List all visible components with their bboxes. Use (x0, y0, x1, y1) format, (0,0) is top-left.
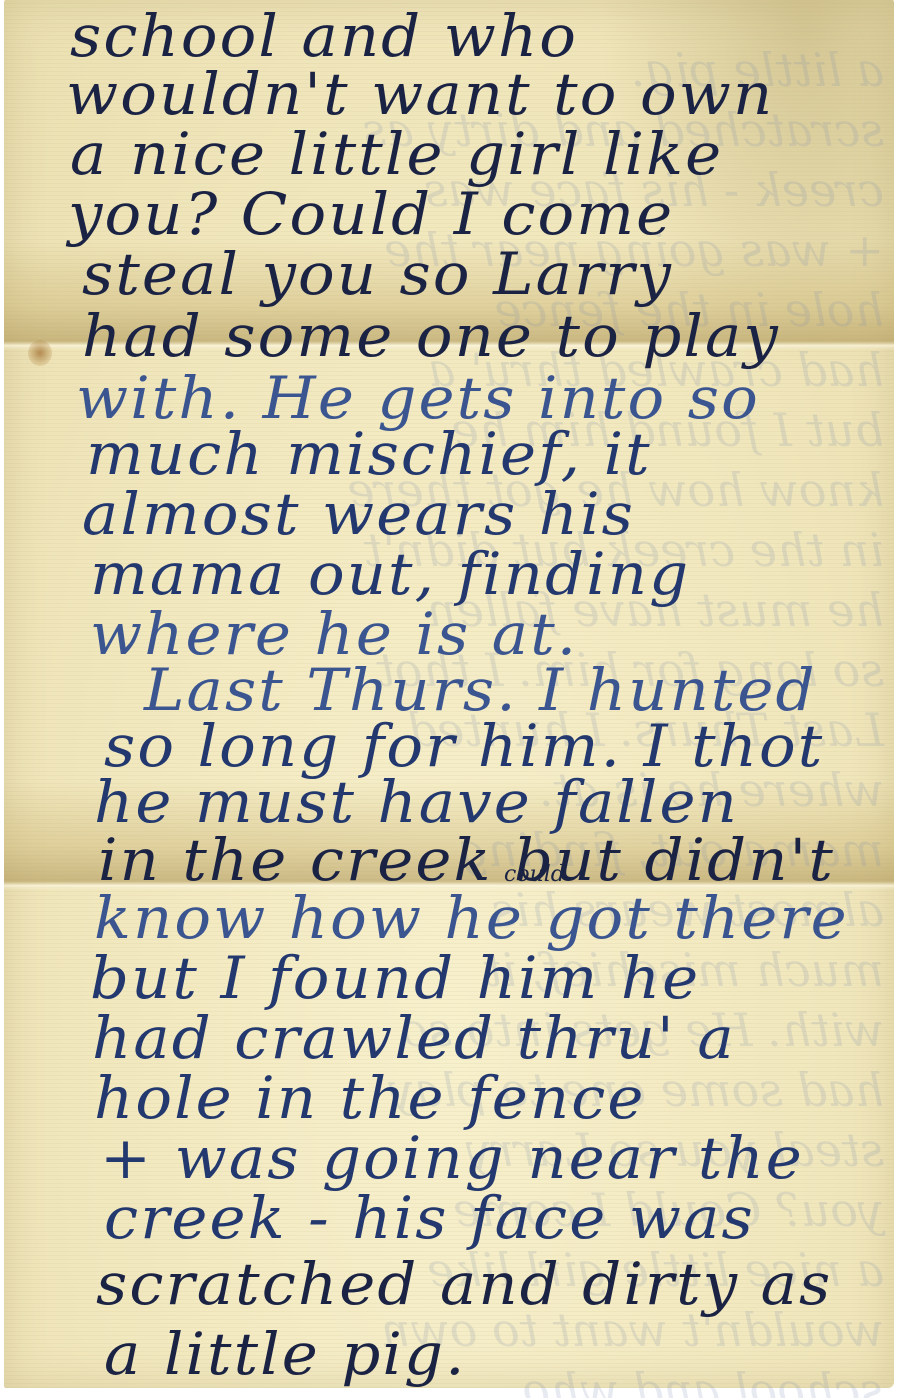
text-line: hole in the fence (94, 1064, 646, 1132)
text-line: + was going near the (100, 1124, 804, 1192)
text-line: mama out, finding (90, 540, 690, 608)
text-line: wouldn't want to own (66, 60, 774, 128)
text-line: steal you so Larry (82, 240, 673, 308)
paper-stain (28, 340, 52, 366)
text-line: scratched and dirty as (96, 1250, 832, 1318)
text-line: creek - his face was (104, 1184, 755, 1252)
text-line: a little pig. (104, 1320, 467, 1388)
text-line: you? Could I come (68, 180, 674, 248)
text-line: much mischief, it (86, 420, 652, 488)
text-line: but I found him he (90, 944, 700, 1012)
text-line: a nice little girl like (70, 120, 723, 188)
text-line: had some one to play (82, 302, 780, 370)
text-line: know how he got there (94, 884, 849, 952)
text-line: almost wears his (82, 480, 635, 548)
text-line: had crawled thru' a (92, 1004, 736, 1072)
letter-page: a little pig. scratched and dirty as cre… (4, 0, 894, 1388)
